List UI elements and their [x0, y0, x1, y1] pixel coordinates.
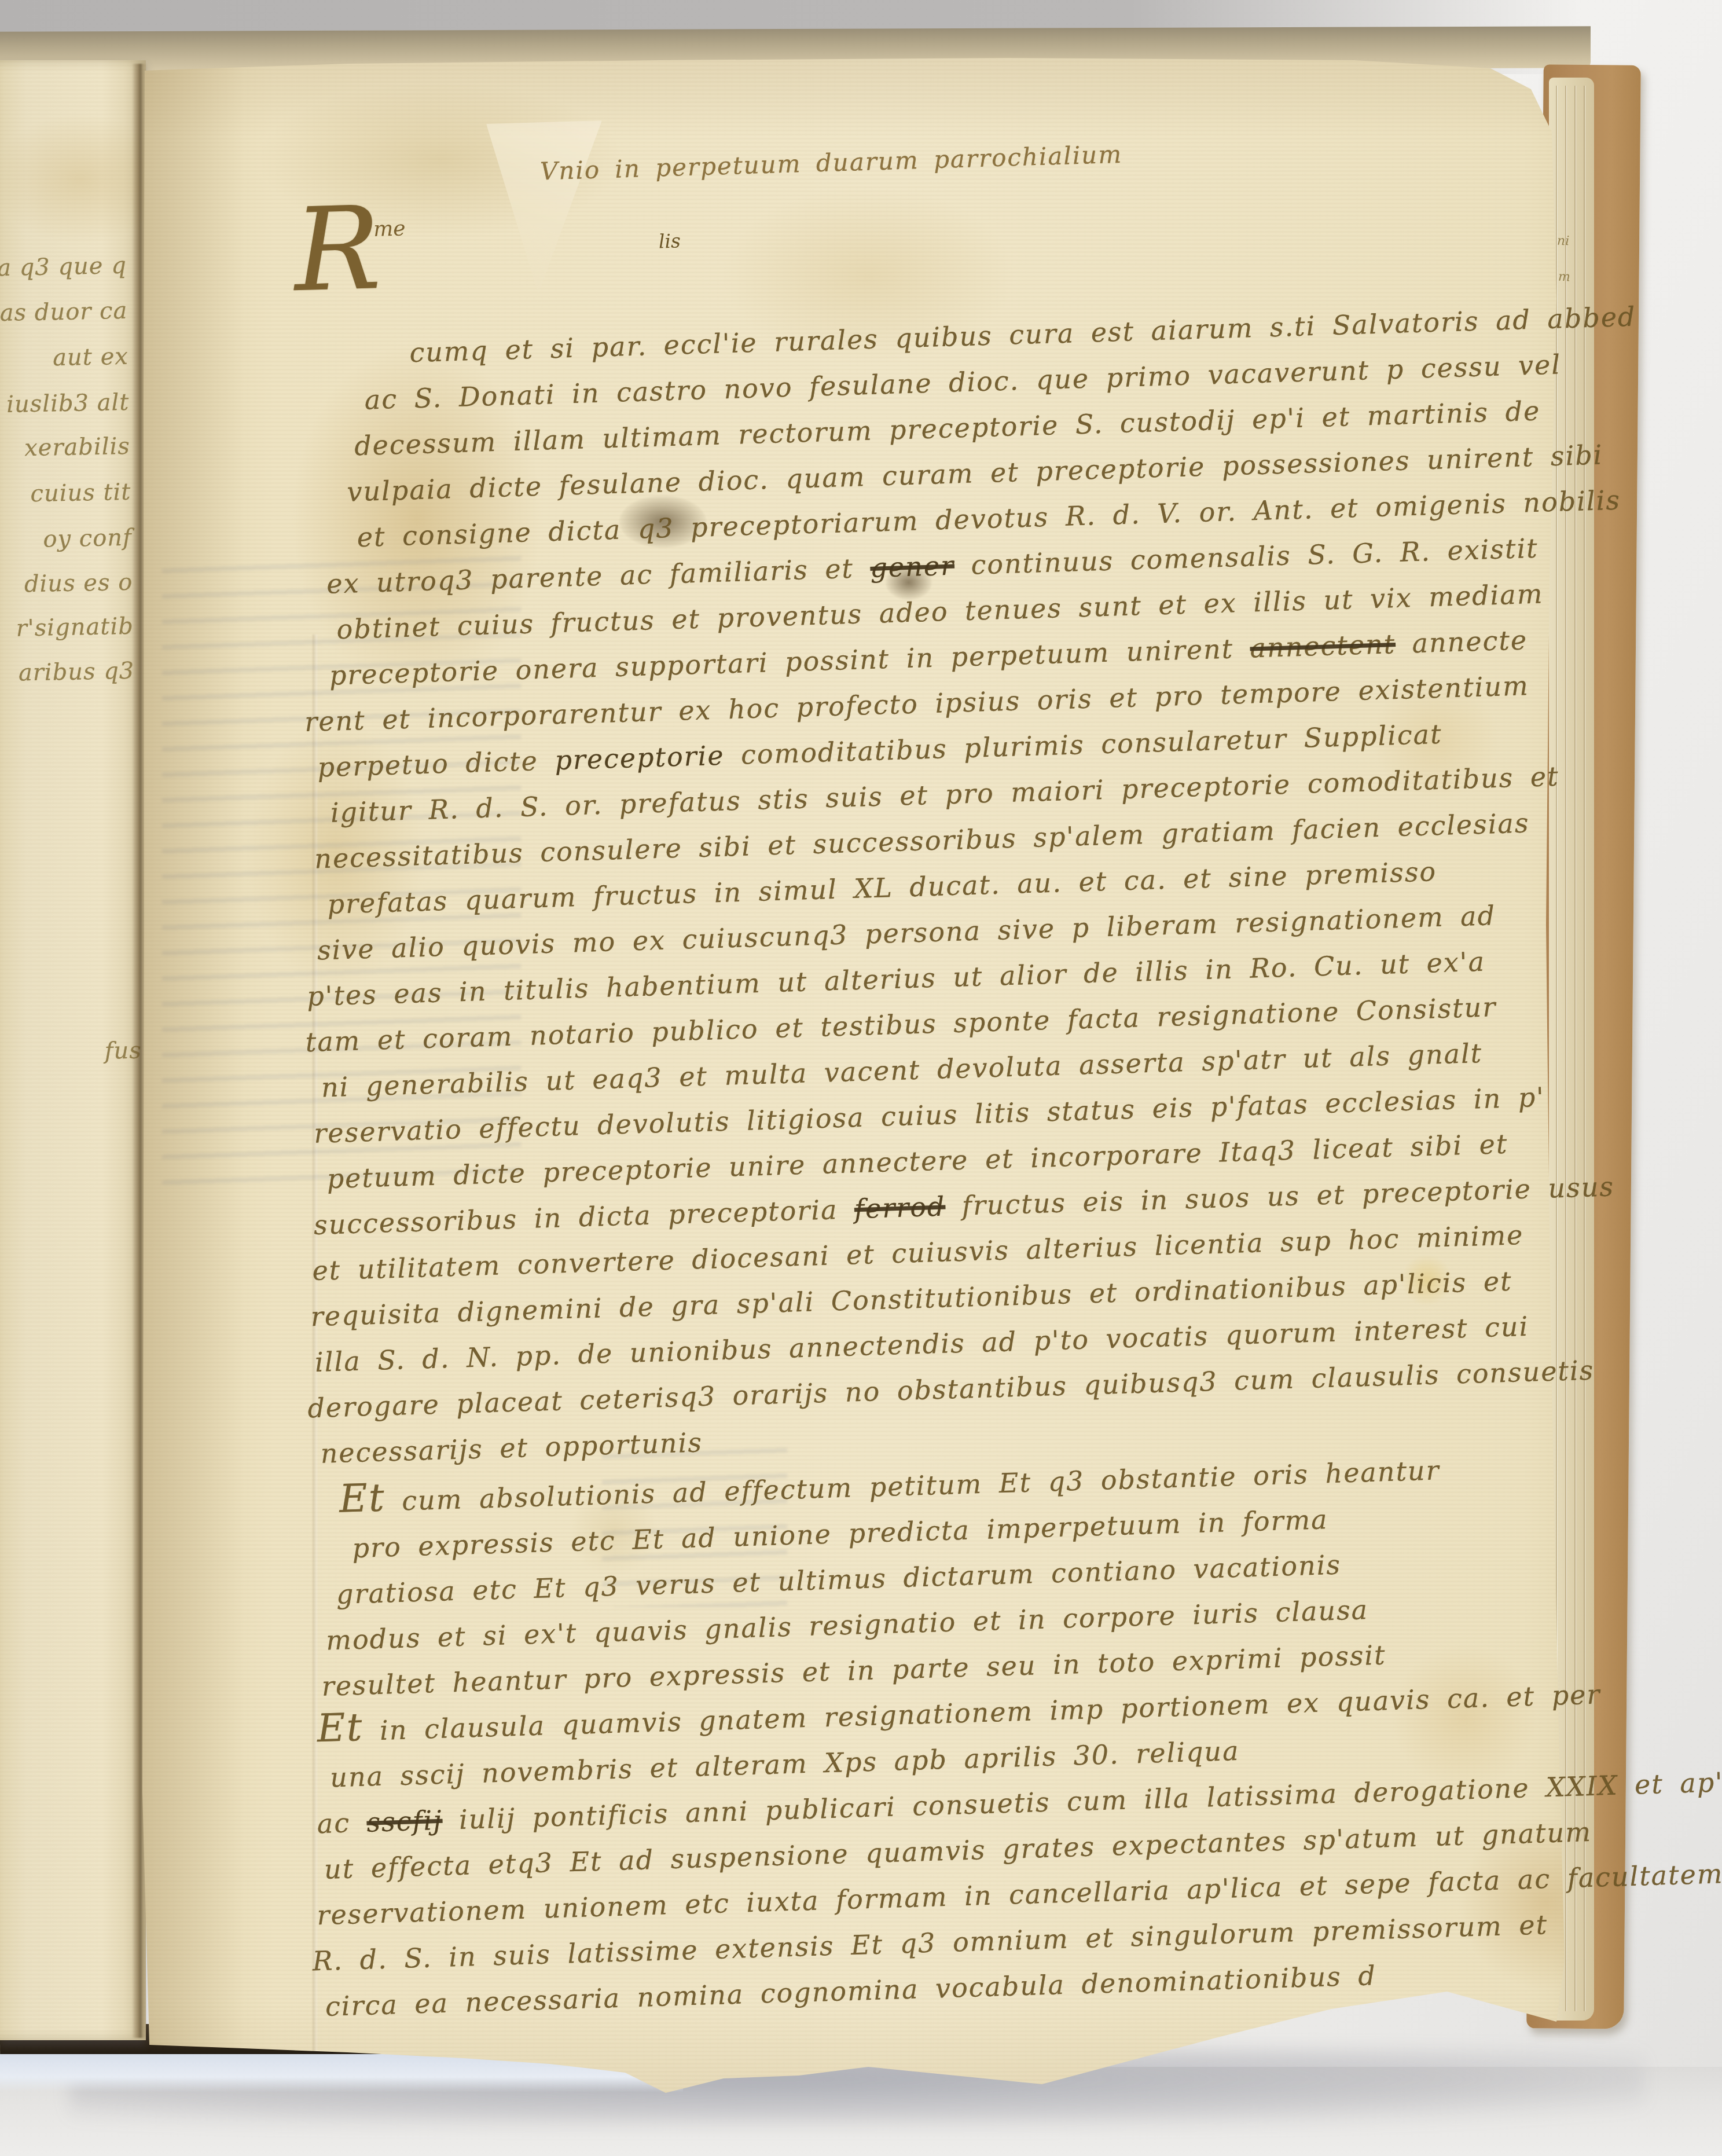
manuscript-text-block: Vnio in perpetuum duarum parrochialium R…: [139, 11, 1704, 2104]
text-segment: successoribus in dicta preceptoria: [313, 1193, 855, 1241]
struck-word: sscfij: [366, 1805, 443, 1838]
left-page-fragment: iuslib3 alt: [6, 389, 130, 418]
left-page-fragment: r'signatib: [16, 613, 134, 642]
opening-initial: R: [292, 197, 381, 303]
struck-word: gener: [870, 550, 955, 584]
edge-mark: m: [1558, 270, 1571, 285]
opening-initial-superscript: me: [373, 217, 406, 241]
manuscript-scan: { "palette":{ "paper":"#eee3c2","paper_l…: [0, 0, 1722, 2156]
left-page-fragment: tas duor ca: [0, 298, 128, 327]
text-segment: fructus eis in suos us et preceptorie us…: [945, 1171, 1614, 1222]
left-page-fragment: aribus q3: [18, 658, 134, 687]
text-segment: continuus comensalis S. G. R. existit: [954, 533, 1539, 581]
text-segment: preceptorie: [555, 740, 725, 776]
text-segment: necessarijs et opportunis: [320, 1427, 703, 1469]
left-page-fragment: xerabilis: [24, 433, 131, 461]
page-heading: Vnio in perpetuum duarum parrochialium: [397, 135, 1266, 189]
text-segment: ex utroq3 parente ac familiaris et: [326, 552, 871, 600]
text-segment: perpetuo dicte: [317, 745, 555, 783]
struck-word: ferrod: [854, 1191, 946, 1225]
text-segment: annecte: [1395, 624, 1528, 659]
interlinear-insertion: lis: [658, 229, 681, 252]
left-page-fragment: a q3 que q: [0, 252, 127, 281]
text-segment: ac: [317, 1807, 367, 1840]
edge-mark: ni: [1557, 234, 1570, 249]
left-page-fragment: aut ex: [53, 343, 128, 371]
left-page-fragment: dius es o: [24, 569, 133, 598]
text-segment: Et: [339, 1475, 386, 1521]
left-page-fragment: cuius tit: [30, 479, 131, 507]
left-page-fragment: oy conf: [43, 525, 132, 553]
text-segment: comoditatibus plurimis consularetur Supp…: [724, 718, 1443, 771]
struck-word: annectent: [1250, 628, 1396, 663]
text-segment: Et: [317, 1704, 364, 1751]
text-line: necessarijs et opportunis: [320, 1427, 703, 1469]
